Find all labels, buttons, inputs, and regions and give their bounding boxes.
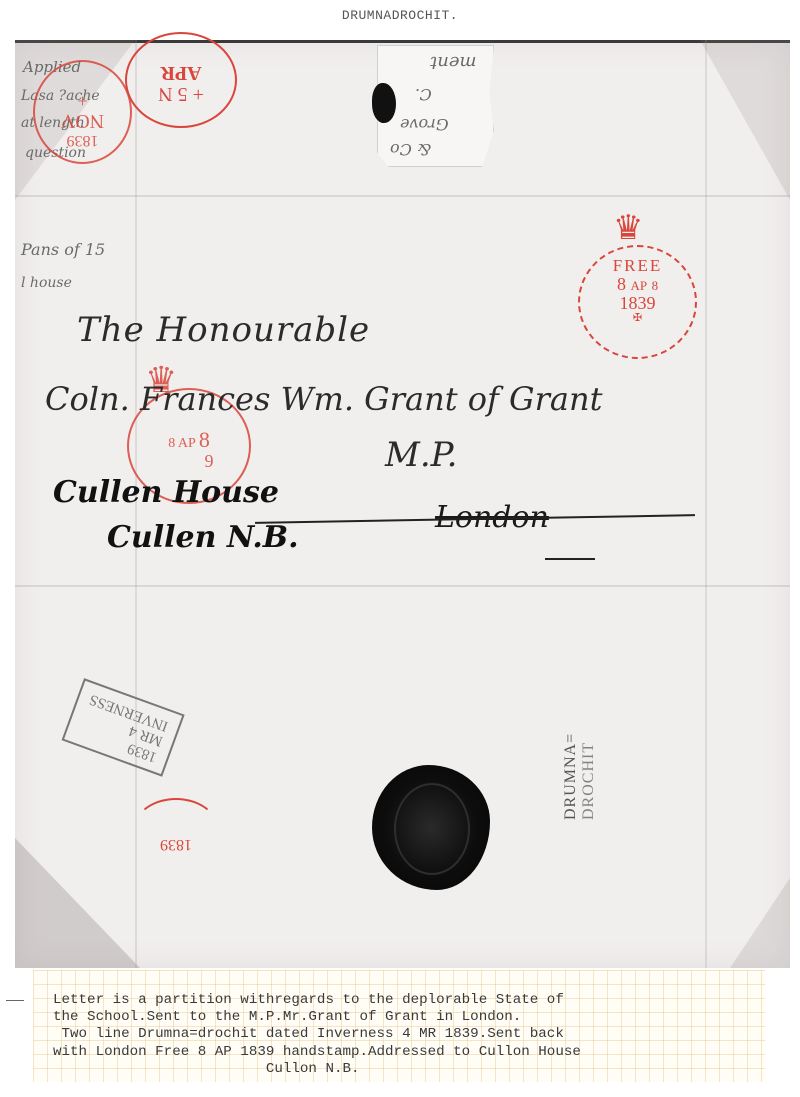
drumnadrochit-two-line-stamp: DRUMNA= DROCHIT <box>562 733 599 820</box>
fold-corner-bottom-right <box>730 878 790 968</box>
description-label: Letter is a partition withregards to the… <box>33 970 765 1082</box>
black-wax-seal <box>372 765 490 890</box>
description-line: Two line Drumna=drochit dated Inverness … <box>53 1026 564 1042</box>
wax-fragment <box>372 83 396 123</box>
description-line: Cullon N.B. <box>53 1061 360 1077</box>
crown-icon: ♛ <box>613 208 643 248</box>
address-line-3: M.P. <box>385 435 457 475</box>
description-text: Letter is a partition withregards to the… <box>53 992 755 1078</box>
margin-note: Pans of 15 <box>21 240 105 259</box>
address-line-1: The Honourable <box>77 310 370 350</box>
flap-note: Grove <box>400 115 449 134</box>
description-line: with London Free 8 AP 1839 handstamp.Add… <box>53 1044 581 1060</box>
partial-red-postmark: 1839 <box>133 798 219 862</box>
redirect-line-2: Cullen N.B. <box>107 520 299 555</box>
underline-stroke <box>545 558 595 560</box>
address-line-2: Coln. Frances Wm. Grant of Grant <box>45 380 602 418</box>
fold-corner-top-right <box>700 40 790 200</box>
flap-note: & Co <box>390 140 431 159</box>
postmark-nov-inverted: 1839 NOV + <box>33 60 132 164</box>
fold-line <box>705 40 707 968</box>
postmark-apr-inverted: + 5 N APR <box>125 32 237 128</box>
seal-impression <box>394 783 470 875</box>
free-postmark-right: FREE 8 AP 8 1839 ✠ <box>578 245 697 359</box>
description-line: Letter is a partition withregards to the… <box>53 992 564 1008</box>
redirect-line-1: Cullen House <box>53 475 279 510</box>
margin-mark <box>6 1000 24 1001</box>
margin-note: l house <box>21 275 72 291</box>
fold-corner-bottom-left <box>15 838 140 968</box>
flap-note: C. <box>415 85 432 104</box>
inverness-boxed-stamp: 1839 MR 4 INVERNESS <box>62 679 184 777</box>
description-line: the School.Sent to the M.P.Mr.Grant of G… <box>53 1009 521 1025</box>
page-title: DRUMNADROCHIT. <box>0 8 800 23</box>
fold-line <box>15 195 790 197</box>
flap-note: ment <box>430 52 477 73</box>
letter-sheet: ment C. Grove & Co Applied Lasa ?ache at… <box>15 40 790 968</box>
fold-line <box>15 585 790 587</box>
